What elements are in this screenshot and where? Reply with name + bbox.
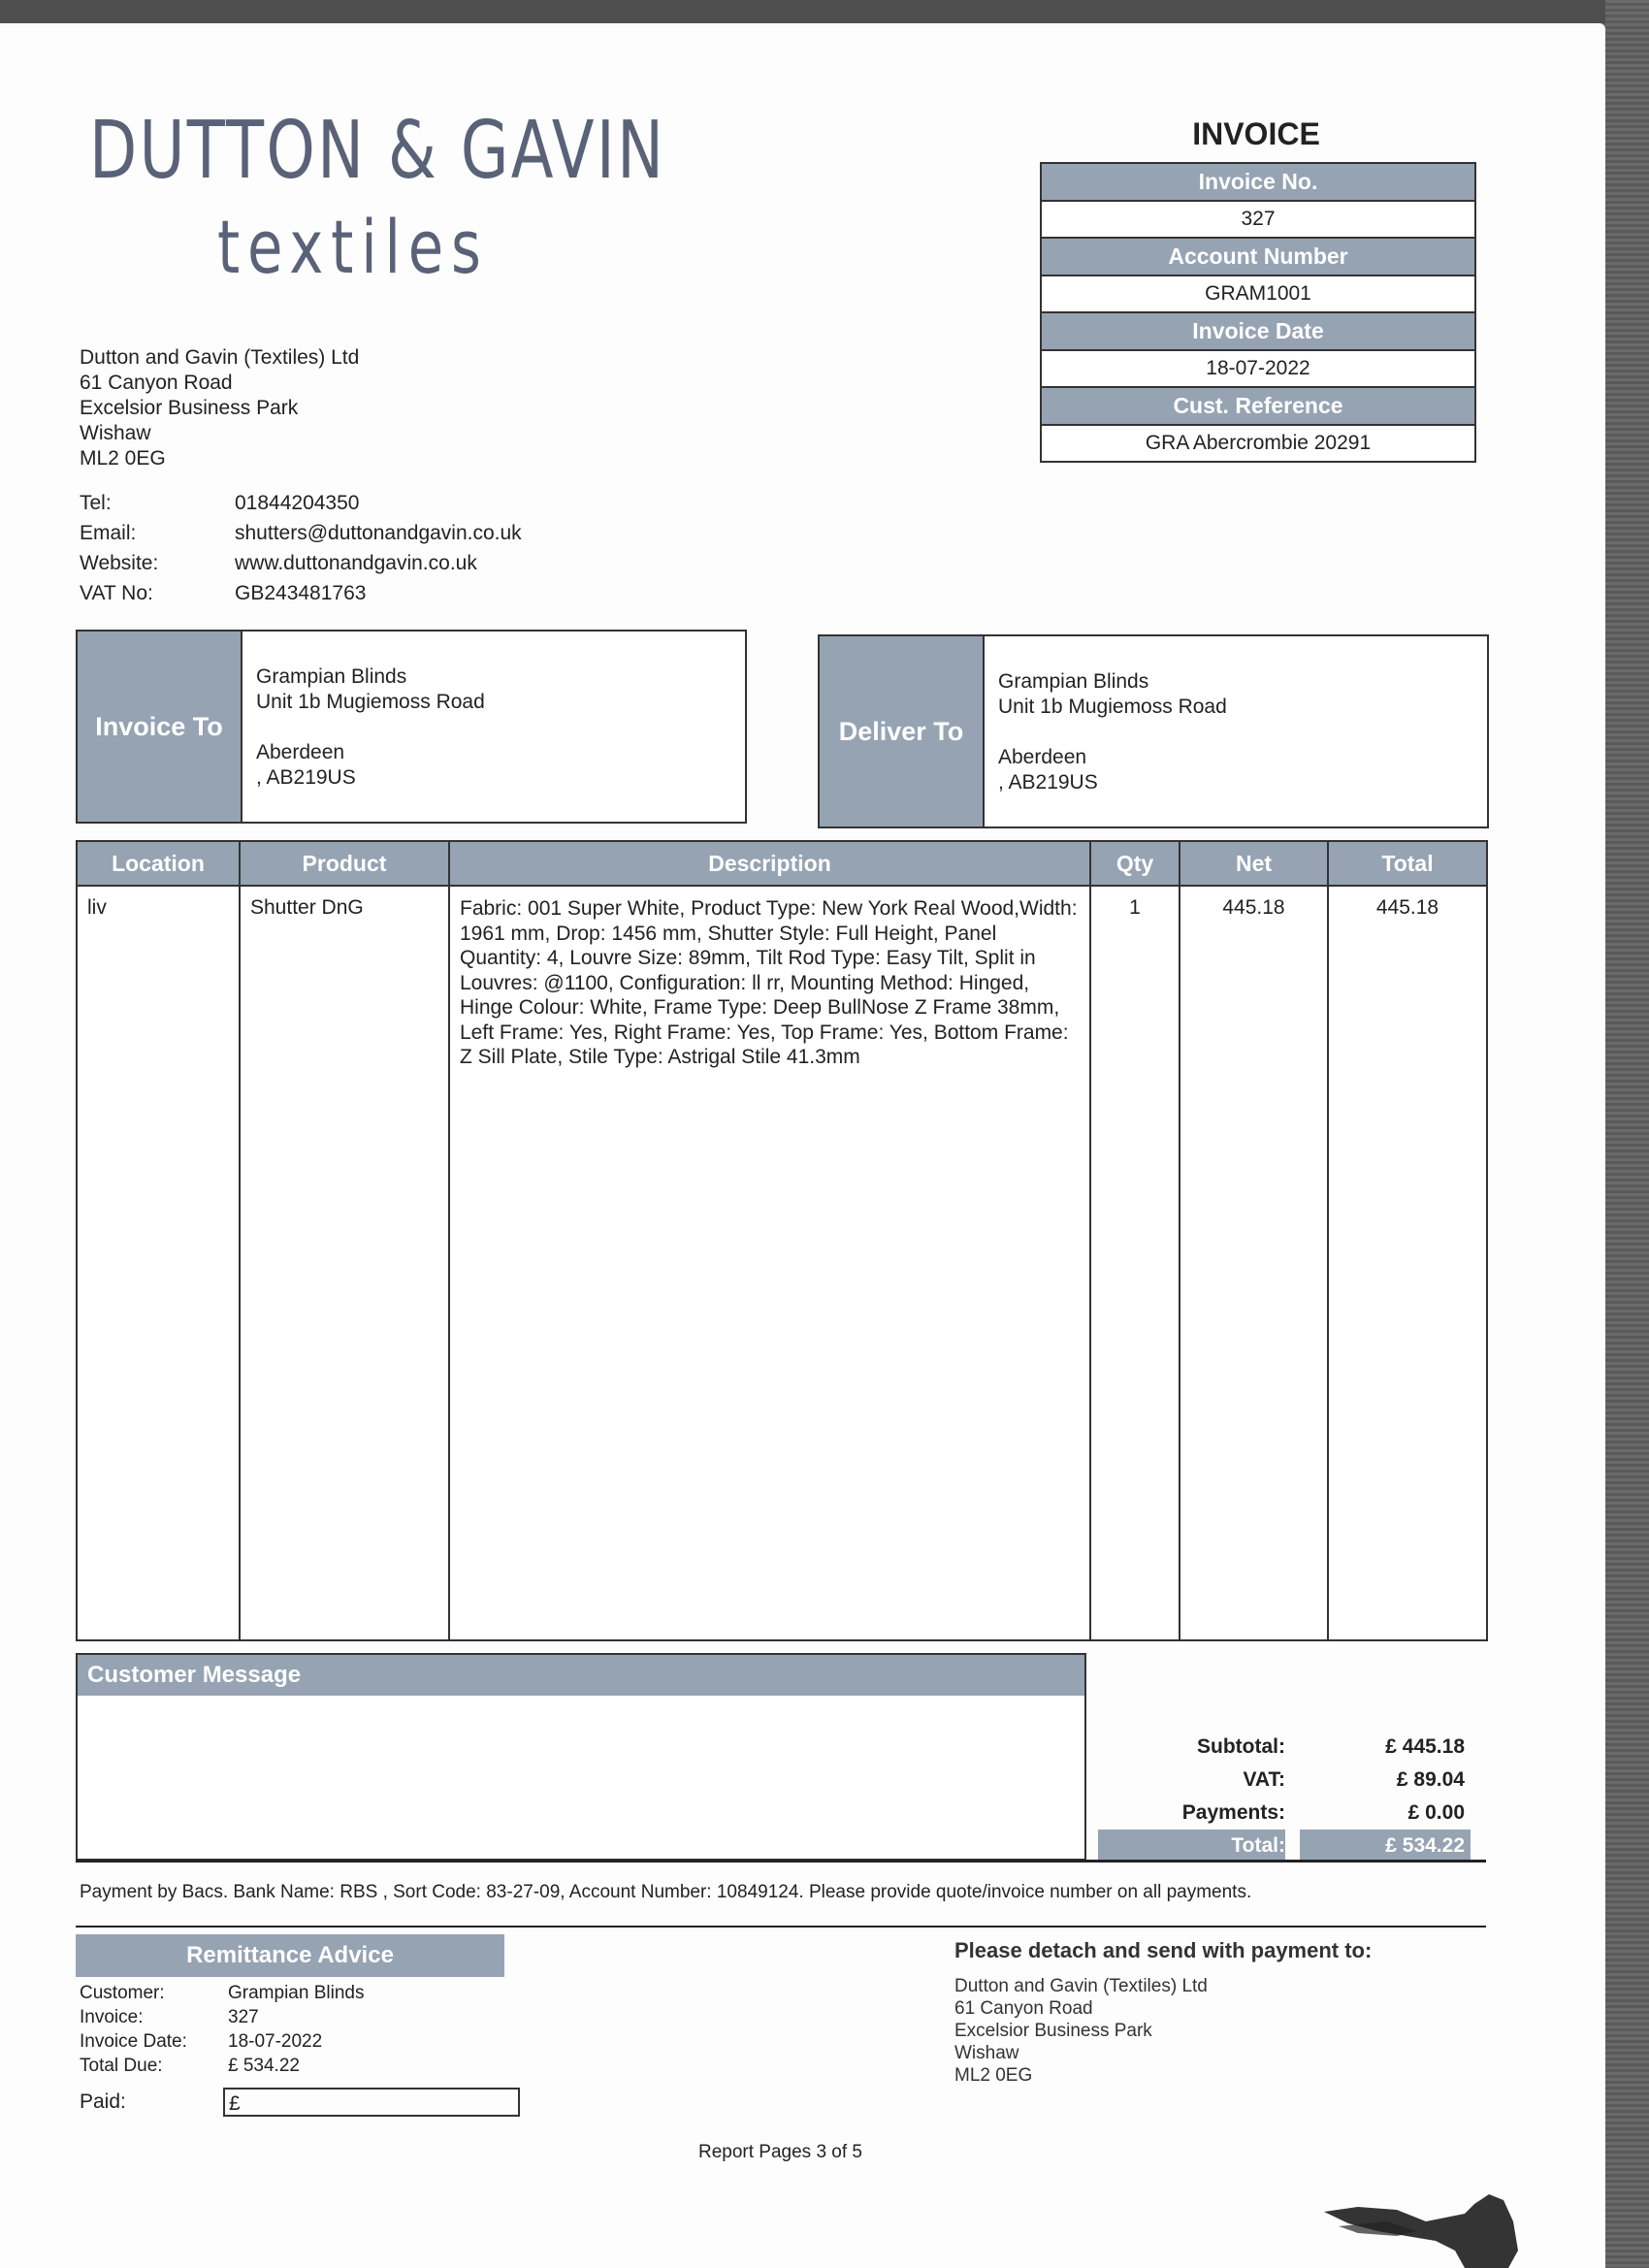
scan-smudge-icon <box>1319 2183 1542 2268</box>
company-address: Dutton and Gavin (Textiles) Ltd 61 Canyo… <box>80 345 359 471</box>
remittance-row: Invoice Date: 18-07-2022 <box>80 2029 364 2054</box>
invoice-to-label: Invoice To <box>78 632 242 822</box>
address-line: Wishaw <box>80 421 359 446</box>
divider <box>76 1860 1486 1863</box>
address-line: Aberdeen <box>998 745 1227 770</box>
remittance-value: Grampian Blinds <box>228 1981 364 2005</box>
page-footer: Report Pages 3 of 5 <box>698 2142 862 2163</box>
address-line: Dutton and Gavin (Textiles) Ltd <box>80 345 359 371</box>
remittance-details: Customer: Grampian Blinds Invoice: 327 I… <box>80 1981 364 2078</box>
contact-website: Website: www.duttonandgavin.co.uk <box>80 548 522 578</box>
invoice-to-address: Grampian Blinds Unit 1b Mugiemoss Road A… <box>242 632 485 822</box>
total-label: Total: <box>1098 1830 1285 1863</box>
contact-value: 01844204350 <box>235 488 359 518</box>
column-header-location: Location <box>77 841 240 886</box>
subtotal-value: £ 445.18 <box>1285 1731 1465 1764</box>
address-line: Wishaw <box>954 2042 1208 2064</box>
company-logo-name: DUTTON & GAVIN <box>89 105 665 197</box>
contact-value: GB243481763 <box>235 578 366 608</box>
remittance-value: 18-07-2022 <box>228 2029 322 2054</box>
address-line: 61 Canyon Road <box>80 371 359 396</box>
contact-value[interactable]: www.duttonandgavin.co.uk <box>235 548 477 578</box>
detach-address: Dutton and Gavin (Textiles) Ltd 61 Canyo… <box>954 1975 1208 2087</box>
table-header-row: Location Product Description Qty Net Tot… <box>77 841 1487 886</box>
deliver-to-label: Deliver To <box>820 636 985 826</box>
customer-message-label: Customer Message <box>78 1655 1084 1696</box>
address-line: 61 Canyon Road <box>954 1997 1208 2020</box>
address-line <box>998 720 1227 745</box>
column-header-net: Net <box>1180 841 1328 886</box>
address-line: , AB219US <box>998 770 1227 795</box>
remittance-row: Invoice: 327 <box>80 2005 364 2029</box>
address-line: Excelsior Business Park <box>80 396 359 421</box>
invoice-page: DUTTON & GAVIN textiles Dutton and Gavin… <box>0 23 1605 2268</box>
table-row: liv Shutter DnG Fabric: 001 Super White,… <box>77 886 1487 1640</box>
address-line: Grampian Blinds <box>998 669 1227 695</box>
address-line: Aberdeen <box>256 740 485 765</box>
payments-value: £ 0.00 <box>1285 1797 1465 1830</box>
remittance-value: 327 <box>228 2005 259 2029</box>
account-number-label: Account Number <box>1042 239 1474 276</box>
deliver-to-box: Deliver To Grampian Blinds Unit 1b Mugie… <box>818 634 1489 828</box>
address-line <box>256 715 485 740</box>
payments-row: Payments: £ 0.00 <box>1086 1797 1474 1830</box>
company-contact: Tel: 01844204350 Email: shutters@duttona… <box>80 488 522 608</box>
account-number-value: GRAM1001 <box>1042 276 1474 313</box>
divider <box>76 1926 1486 1928</box>
cell-total: 445.18 <box>1328 886 1487 1640</box>
address-line: ML2 0EG <box>954 2064 1208 2087</box>
scanner-border-top <box>0 0 1649 23</box>
invoice-date-label: Invoice Date <box>1042 313 1474 351</box>
remittance-label: Invoice: <box>80 2005 228 2029</box>
remittance-advice-title: Remittance Advice <box>76 1934 504 1977</box>
paid-amount-field[interactable]: £ <box>223 2088 520 2117</box>
invoice-title: INVOICE <box>1040 116 1472 152</box>
payment-instructions: Payment by Bacs. Bank Name: RBS , Sort C… <box>80 1882 1251 1903</box>
contact-vat: VAT No: GB243481763 <box>80 578 522 608</box>
address-line: Unit 1b Mugiemoss Road <box>998 695 1227 720</box>
contact-label: Email: <box>80 518 235 548</box>
contact-email: Email: shutters@duttonandgavin.co.uk <box>80 518 522 548</box>
cell-product: Shutter DnG <box>240 886 449 1640</box>
address-line: Excelsior Business Park <box>954 2020 1208 2042</box>
total-value: £ 534.22 <box>1300 1830 1471 1863</box>
company-logo-subtitle: textiles <box>217 204 489 290</box>
cell-net: 445.18 <box>1180 886 1328 1640</box>
remittance-value: £ 534.22 <box>228 2054 300 2078</box>
address-line: ML2 0EG <box>80 446 359 471</box>
cust-reference-value: GRA Abercrombie 20291 <box>1042 426 1474 461</box>
invoice-date-value: 18-07-2022 <box>1042 351 1474 388</box>
address-line: Grampian Blinds <box>256 664 485 690</box>
vat-row: VAT: £ 89.04 <box>1086 1764 1474 1797</box>
customer-message-box: Customer Message <box>76 1653 1086 1861</box>
invoice-number-value: 327 <box>1042 202 1474 239</box>
paid-row: Paid: £ <box>80 2088 520 2117</box>
contact-value[interactable]: shutters@duttonandgavin.co.uk <box>235 518 522 548</box>
line-items-table: Location Product Description Qty Net Tot… <box>76 840 1488 1641</box>
subtotal-row: Subtotal: £ 445.18 <box>1086 1731 1474 1764</box>
remittance-label: Total Due: <box>80 2054 228 2078</box>
contact-label: Website: <box>80 548 235 578</box>
remittance-label: Customer: <box>80 1981 228 2005</box>
contact-tel: Tel: 01844204350 <box>80 488 522 518</box>
vat-label: VAT: <box>1086 1764 1285 1797</box>
detach-heading: Please detach and send with payment to: <box>954 1938 1372 1963</box>
scanner-border-right <box>1605 0 1649 2268</box>
payments-label: Payments: <box>1086 1797 1285 1830</box>
deliver-to-address: Grampian Blinds Unit 1b Mugiemoss Road A… <box>985 636 1227 826</box>
cell-location: liv <box>77 886 240 1640</box>
contact-label: VAT No: <box>80 578 235 608</box>
total-row: Total: £ 534.22 <box>1086 1830 1474 1863</box>
remittance-row: Customer: Grampian Blinds <box>80 1981 364 2005</box>
invoice-details-box: Invoice No. 327 Account Number GRAM1001 … <box>1040 162 1476 463</box>
subtotal-label: Subtotal: <box>1086 1731 1285 1764</box>
address-line: Unit 1b Mugiemoss Road <box>256 690 485 715</box>
remittance-label: Invoice Date: <box>80 2029 228 2054</box>
invoice-to-box: Invoice To Grampian Blinds Unit 1b Mugie… <box>76 630 747 824</box>
column-header-total: Total <box>1328 841 1487 886</box>
column-header-description: Description <box>449 841 1090 886</box>
contact-label: Tel: <box>80 488 235 518</box>
remittance-row: Total Due: £ 534.22 <box>80 2054 364 2078</box>
column-header-product: Product <box>240 841 449 886</box>
vat-value: £ 89.04 <box>1285 1764 1465 1797</box>
cell-qty: 1 <box>1090 886 1180 1640</box>
cust-reference-label: Cust. Reference <box>1042 388 1474 426</box>
address-line: , AB219US <box>256 765 485 791</box>
address-line: Dutton and Gavin (Textiles) Ltd <box>954 1975 1208 1997</box>
column-header-qty: Qty <box>1090 841 1180 886</box>
invoice-number-label: Invoice No. <box>1042 164 1474 202</box>
paid-label: Paid: <box>80 2090 223 2114</box>
totals-summary: Subtotal: £ 445.18 VAT: £ 89.04 Payments… <box>1086 1731 1474 1863</box>
cell-description: Fabric: 001 Super White, Product Type: N… <box>449 886 1090 1640</box>
